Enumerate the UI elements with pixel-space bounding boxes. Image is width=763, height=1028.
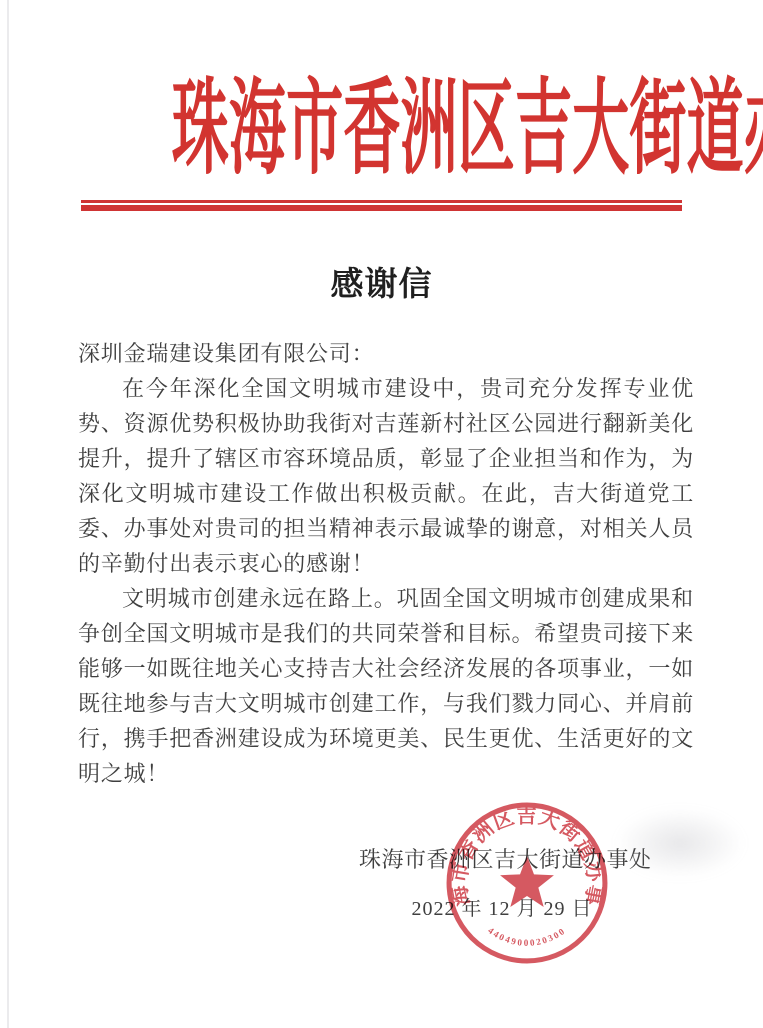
official-seal: 珠海市香洲区吉大街道办事处 4404900020300 (443, 799, 611, 967)
letterhead-title: 珠海市香洲区吉大街道办事处 (172, 74, 592, 190)
scanned-letter-page: 珠海市香洲区吉大街道办事处 感谢信 深圳金瑞建设集团有限公司： 在今年深化全国文… (0, 0, 763, 1028)
letterhead-divider (81, 200, 682, 212)
star-icon (500, 856, 554, 907)
letter-body: 深圳金瑞建设集团有限公司： 在今年深化全国文明城市建设中，贵司充分发挥专业优势、… (78, 336, 694, 791)
divider-thick-line (81, 205, 682, 211)
page-title: 感谢信 (0, 258, 763, 305)
seal-code: 4404900020300 (486, 925, 568, 947)
paragraph-2: 文明城市创建永远在路上。巩固全国文明城市创建成果和争创全国文明城市是我们的共同荣… (78, 581, 694, 791)
salutation: 深圳金瑞建设集团有限公司： (78, 336, 694, 371)
scan-smudge-artifact (615, 808, 745, 878)
scan-edge-artifact (7, 0, 9, 1028)
paragraph-1: 在今年深化全国文明城市建设中，贵司充分发挥专业优势、资源优势积极协助我街对吉莲新… (78, 371, 694, 581)
